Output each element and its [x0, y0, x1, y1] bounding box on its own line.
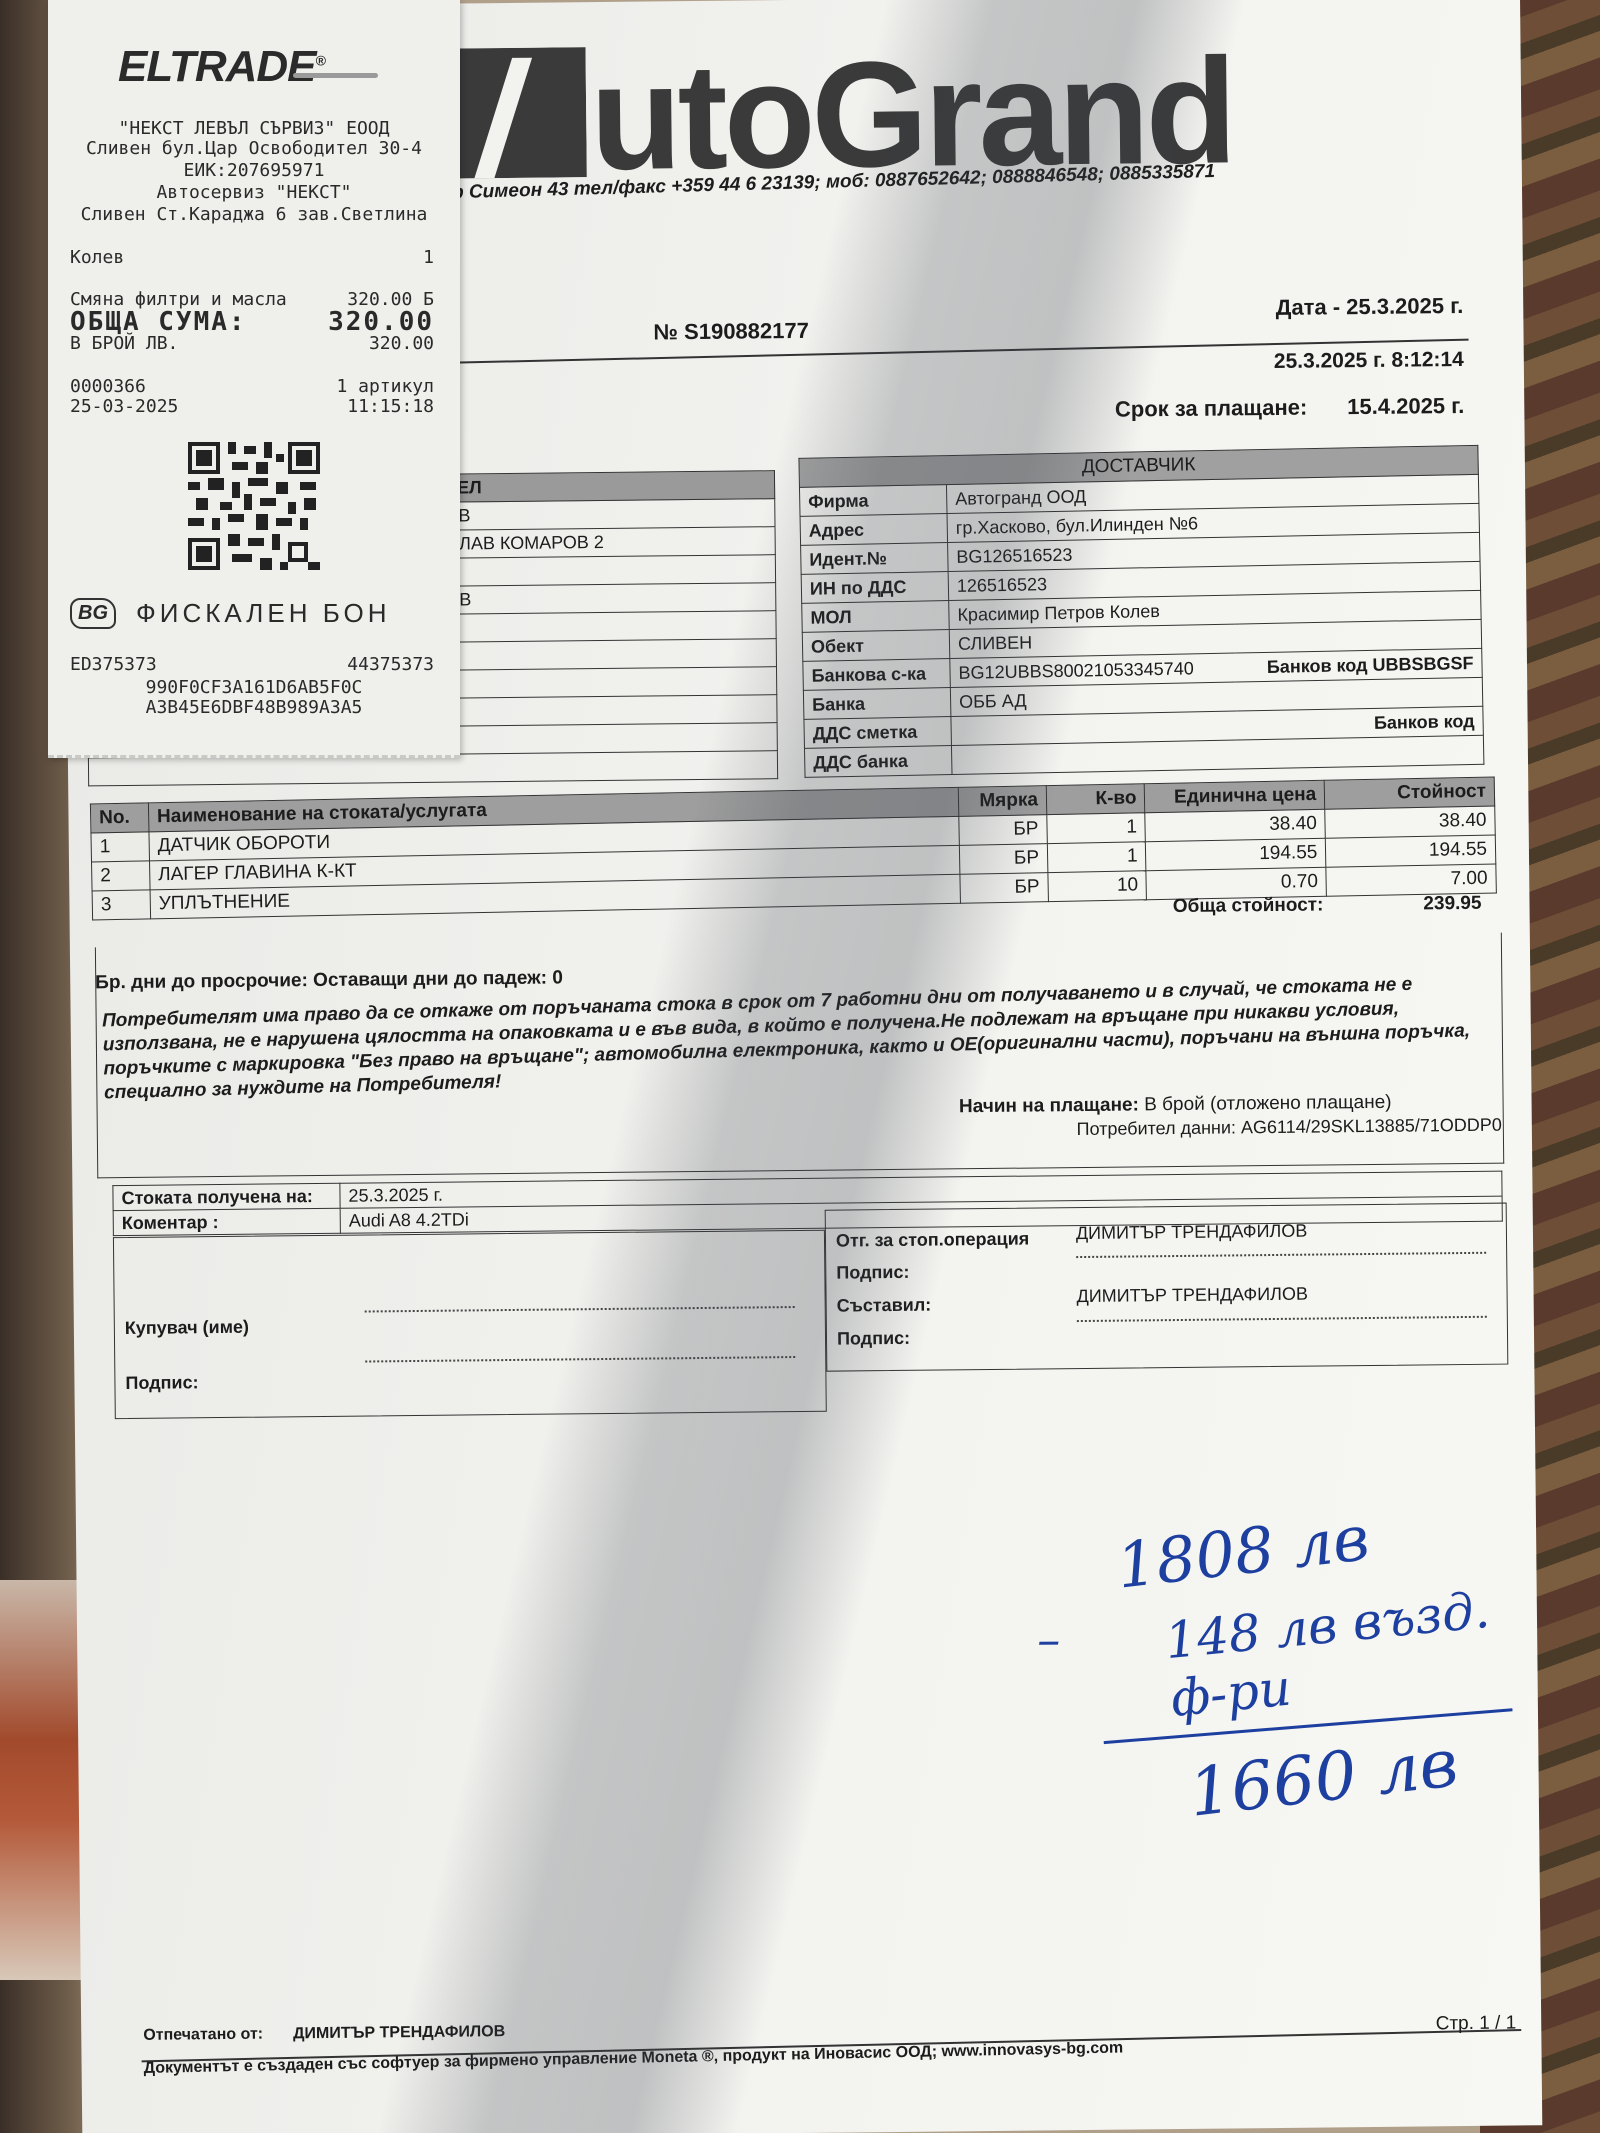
receipt-hash-2: A3B45E6DBF48B989A3A5 [48, 697, 460, 718]
handwritten-amount-2: 148 лв възд. ф-ри [1163, 1576, 1543, 1728]
col-no: No. [90, 803, 148, 833]
printed-by: Отпечатано от:ДИМИТЪР ТРЕНДАФИЛОВ [143, 2023, 505, 2045]
item-unit: БР [959, 844, 1048, 875]
buyer-sign-line[interactable] [365, 1356, 795, 1363]
items-total: Обща стойност: 239.95 [1173, 893, 1482, 918]
fiscal-receipt: ELTRADE® "НЕКСТ ЛЕВЪЛ СЪРВИЗ" ЕООД Сливе… [48, 0, 460, 758]
item-value: 194.55 [1326, 835, 1496, 867]
due-date: 15.4.2025 г. [1347, 393, 1464, 419]
supplier-field-label: Банка [803, 688, 951, 720]
receipt-device-ids: ED37537344375373 [70, 655, 434, 675]
document-date: Дата - 25.3.2025 г. [1276, 293, 1464, 321]
supplier-field-label: Обект [802, 630, 950, 662]
buyer-name-line[interactable] [365, 1306, 795, 1313]
page-number: Стр. 1 / 1 [1436, 2013, 1517, 2036]
document-datetime: 25.3.2025 г. 8:12:14 [1274, 348, 1464, 374]
document-number: № S190882177 [653, 318, 809, 346]
handwritten-result: 1660 лв [1185, 1724, 1461, 1831]
qr-code-icon [188, 442, 320, 570]
supplier-field-label: ИН по ДДС [801, 572, 949, 604]
supplier-field-extra [1235, 619, 1482, 653]
received-label: Стоката получена на: [113, 1183, 340, 1210]
responsible-sign-label: Подпис: [836, 1262, 909, 1284]
buyer-signature-box: Купувач (име) Подпис: [113, 1230, 827, 1419]
col-qty: К-во [1046, 784, 1145, 815]
printed-value: ДИМИТЪР ТРЕНДАФИЛОВ [293, 2023, 505, 2042]
responsible-sign-line[interactable] [1076, 1252, 1486, 1258]
supplier-field-extra [1236, 677, 1483, 711]
item-qty: 1 [1047, 813, 1146, 844]
issuer-signature-box: Отг. за стоп.операция ДИМИТЪР ТРЕНДАФИЛО… [825, 1203, 1509, 1372]
due-label: Срок за плащане: [1115, 395, 1308, 422]
receipt-shop-address: Сливен Ст.Караджа 6 зав.Светлина [48, 204, 460, 225]
item-no: 1 [91, 832, 149, 862]
supplier-field-label: Идент.№ [801, 543, 949, 575]
composed-label: Съставил: [837, 1295, 932, 1317]
receipt-hash-1: 990F0CF3A161D6AB5F0C [48, 677, 460, 698]
composed-value: ДИМИТЪР ТРЕНДАФИЛОВ [1076, 1284, 1308, 1307]
receipt-shop-name: Автосервиз "НЕКСТ" [48, 182, 460, 203]
payment-label: Начин на плащане: [959, 1094, 1139, 1117]
bulgaria-badge-icon: BG [70, 598, 116, 629]
supplier-field-extra: Банков код [1237, 706, 1484, 740]
supplier-field-label: Банкова с-ка [803, 659, 951, 691]
supplier-field-extra: Банков код UBBSBGSF [1235, 648, 1482, 682]
receipt-datetime: 25-03-202511:15:18 [70, 397, 434, 417]
col-value: Стойност [1324, 777, 1494, 809]
supplier-field-value [951, 740, 1237, 774]
autogrand-logo: utoGrand [450, 40, 1233, 178]
item-unit: БР [959, 873, 1048, 904]
receipt-eik: ЕИК:207695971 [48, 160, 460, 181]
supplier-field-extra [1233, 503, 1480, 537]
composed-sign-label: Подпис: [837, 1328, 910, 1350]
receipt-company-address: Сливен бул.Цар Освободител 30-4 [48, 138, 460, 159]
item-no: 2 [92, 861, 150, 891]
supplier-field-extra [1234, 561, 1481, 595]
item-value: 7.00 [1326, 864, 1496, 896]
item-value: 38.40 [1325, 806, 1495, 838]
supplier-table: ДОСТАВЧИК ФирмаАвтогранд ООДАдресгр.Хаск… [798, 445, 1484, 778]
col-unit: Мярка [958, 786, 1047, 817]
payment-due: Срок за плащане:15.4.2025 г. [1115, 393, 1465, 423]
responsible-value: ДИМИТЪР ТРЕНДАФИЛОВ [1076, 1221, 1308, 1244]
staple-icon [293, 73, 378, 78]
supplier-field-extra [1233, 532, 1480, 566]
payment-method: Начин на плащане: В брой (отложено плаща… [959, 1092, 1392, 1119]
composed-sign-line[interactable] [1077, 1316, 1487, 1322]
supplier-field-extra [1237, 735, 1484, 769]
item-price: 38.40 [1145, 809, 1325, 841]
receipt-number-line: 00003661 артикул [70, 377, 434, 397]
buyer-sign-label: Подпис: [125, 1372, 198, 1394]
handwritten-amount-1: 1808 лв [1113, 1501, 1373, 1603]
item-unit: БР [958, 815, 1047, 846]
receipt-company: "НЕКСТ ЛЕВЪЛ СЪРВИЗ" ЕООД [48, 118, 460, 139]
payment-value: В брой (отложено плащане) [1144, 1092, 1392, 1116]
supplier-field-label: МОЛ [802, 601, 950, 633]
supplier-field-label: ДДС банка [804, 746, 952, 778]
col-price: Единична цена [1145, 780, 1325, 812]
receipt-total: ОБЩА СУМА:320.00 [70, 308, 434, 336]
logo-text: utoGrand [590, 50, 1234, 177]
handwritten-minus: – [1037, 1612, 1061, 1666]
supplier-field-label: Фирма [799, 485, 947, 517]
total-label: Обща стойност: [1173, 894, 1324, 918]
item-qty: 1 [1047, 842, 1146, 873]
supplier-field-extra [1232, 474, 1479, 508]
receipt-cash: В БРОЙ ЛВ.320.00 [70, 334, 434, 354]
eltrade-logo: ELTRADE® [118, 42, 325, 92]
buyer-name-label: Купувач (име) [125, 1317, 249, 1339]
responsible-label: Отг. за стоп.операция [836, 1229, 1029, 1252]
printed-label: Отпечатано от: [143, 2026, 263, 2044]
item-qty: 10 [1048, 871, 1147, 902]
supplier-field-label: Адрес [800, 514, 948, 546]
supplier-field-label: ДДС сметка [804, 717, 952, 749]
software-note: Документът е създаден със софтуер за фир… [143, 2039, 1123, 2078]
comment-label: Коментар : [113, 1208, 340, 1235]
fiscal-receipt-label: BG ФИСКАЛЕН БОН [70, 598, 390, 629]
item-no: 3 [92, 890, 150, 920]
logo-a-mark [450, 47, 586, 178]
supplier-field-extra [1234, 590, 1481, 624]
total-value: 239.95 [1423, 893, 1481, 916]
receipt-operator: Колев1 [70, 248, 434, 268]
item-price: 194.55 [1146, 838, 1326, 870]
consumer-data: Потребител данни: AG6114/29SKL13885/71OD… [1076, 1115, 1501, 1140]
